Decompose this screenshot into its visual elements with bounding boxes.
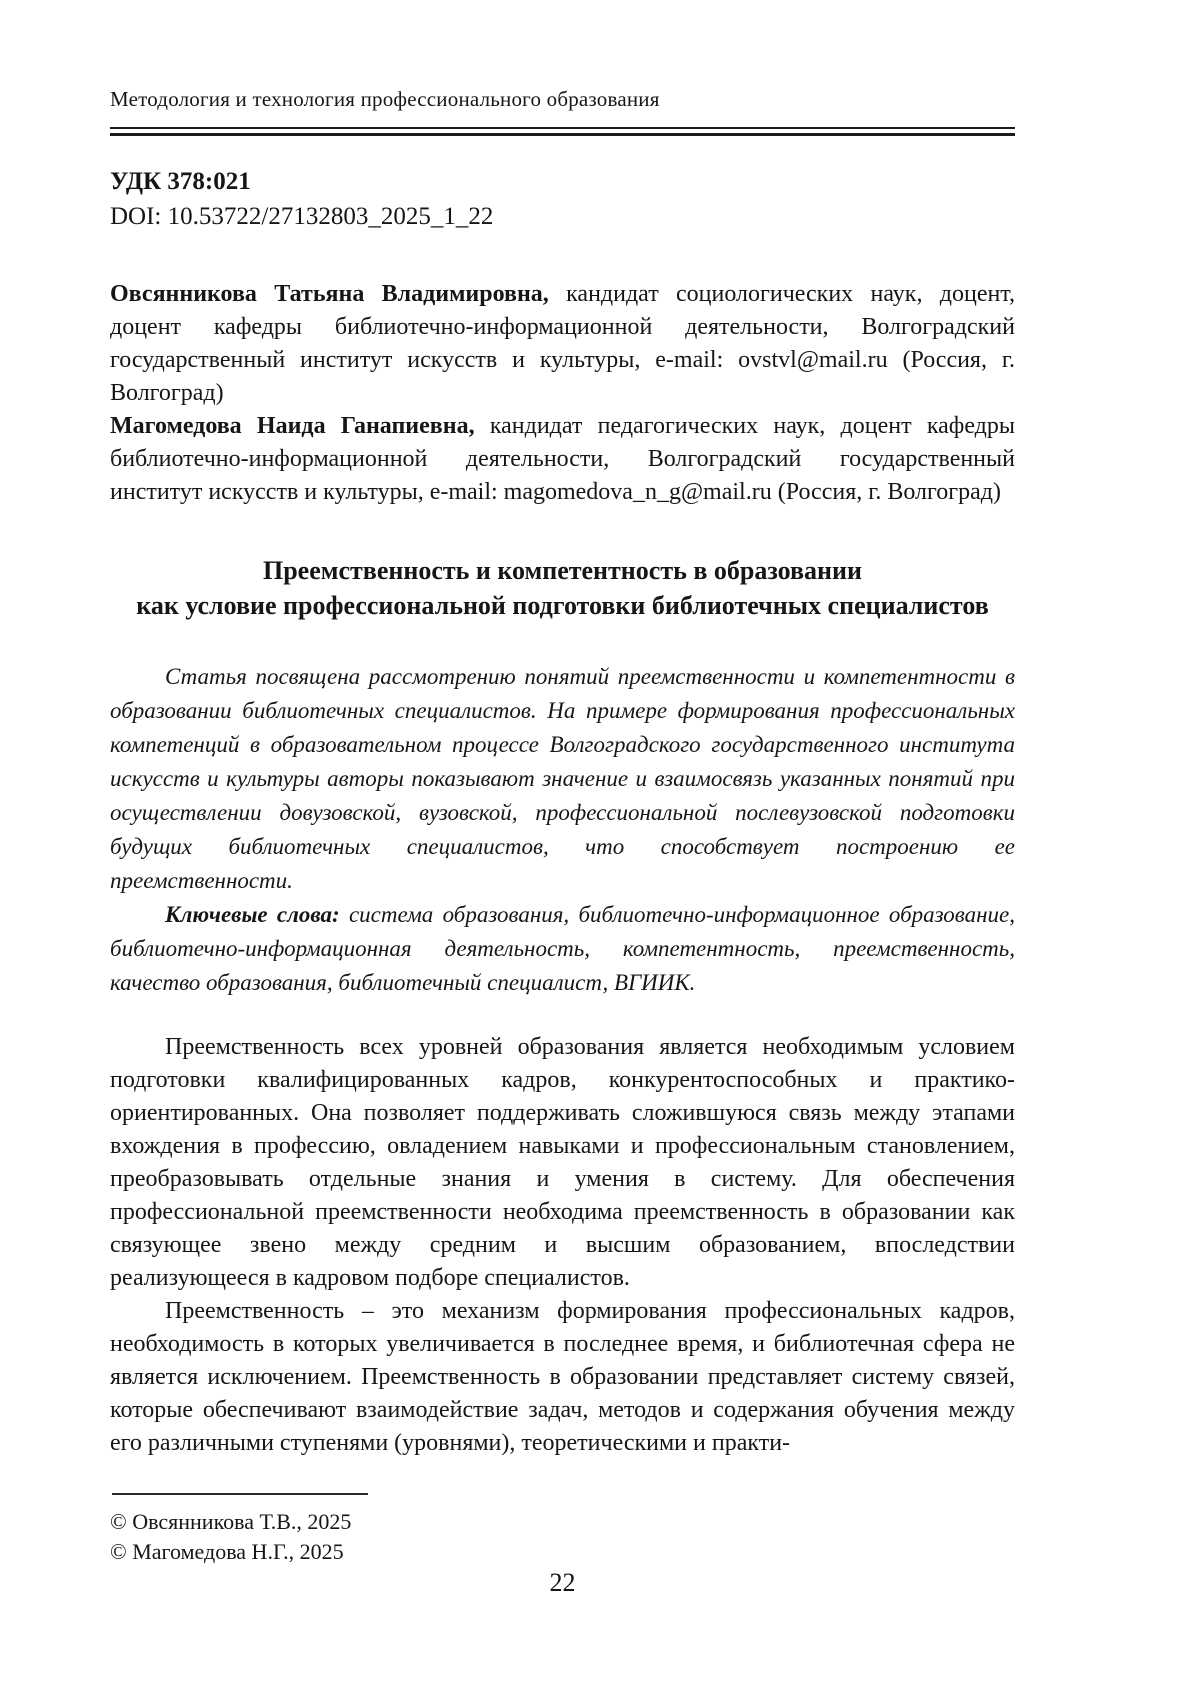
header-double-rule (110, 127, 1015, 136)
article-title-line-1: Преемственность и компетентность в образ… (110, 553, 1015, 588)
author-name: Овсянникова Татьяна Владимировна, (110, 281, 549, 307)
body-paragraph: Преемственность – это механизм формирова… (110, 1295, 1015, 1460)
doi-line: DOI: 10.53722/27132803_2025_1_22 (110, 202, 1015, 232)
page-content: Методология и технология профессионально… (110, 0, 1015, 1460)
copyright-line: © Овсянникова Т.В., 2025 (110, 1507, 351, 1537)
keywords-label: Ключевые слова: (165, 902, 340, 927)
authors-block: Овсянникова Татьяна Владимировна, кандид… (110, 278, 1015, 509)
keywords-paragraph: Ключевые слова: система образования, биб… (110, 898, 1015, 1000)
author-name: Магомедова Наида Ганапиевна, (110, 413, 475, 439)
copyright-block: © Овсянникова Т.В., 2025 © Магомедова Н.… (110, 1507, 351, 1567)
page-number: 22 (110, 1568, 1015, 1598)
author-paragraph: Овсянникова Татьяна Владимировна, кандид… (110, 278, 1015, 410)
document-page: { "page": { "running_header": "Методолог… (0, 0, 1200, 1698)
abstract-block: Статья посвящена рассмотрению понятий пр… (110, 660, 1015, 1000)
copyright-line: © Магомедова Н.Г., 2025 (110, 1537, 351, 1567)
article-body: Преемственность всех уровней образования… (110, 1031, 1015, 1460)
running-header: Методология и технология профессионально… (110, 0, 1015, 112)
footnote-rule (112, 1493, 368, 1495)
article-title-line-2: как условие профессиональной подготовки … (110, 588, 1015, 623)
udc-code: УДК 378:021 (110, 167, 1015, 197)
abstract-text: Статья посвящена рассмотрению понятий пр… (110, 660, 1015, 898)
article-title: Преемственность и компетентность в образ… (110, 553, 1015, 623)
author-paragraph: Магомедова Наида Ганапиевна, кандидат пе… (110, 410, 1015, 509)
body-paragraph: Преемственность всех уровней образования… (110, 1031, 1015, 1295)
